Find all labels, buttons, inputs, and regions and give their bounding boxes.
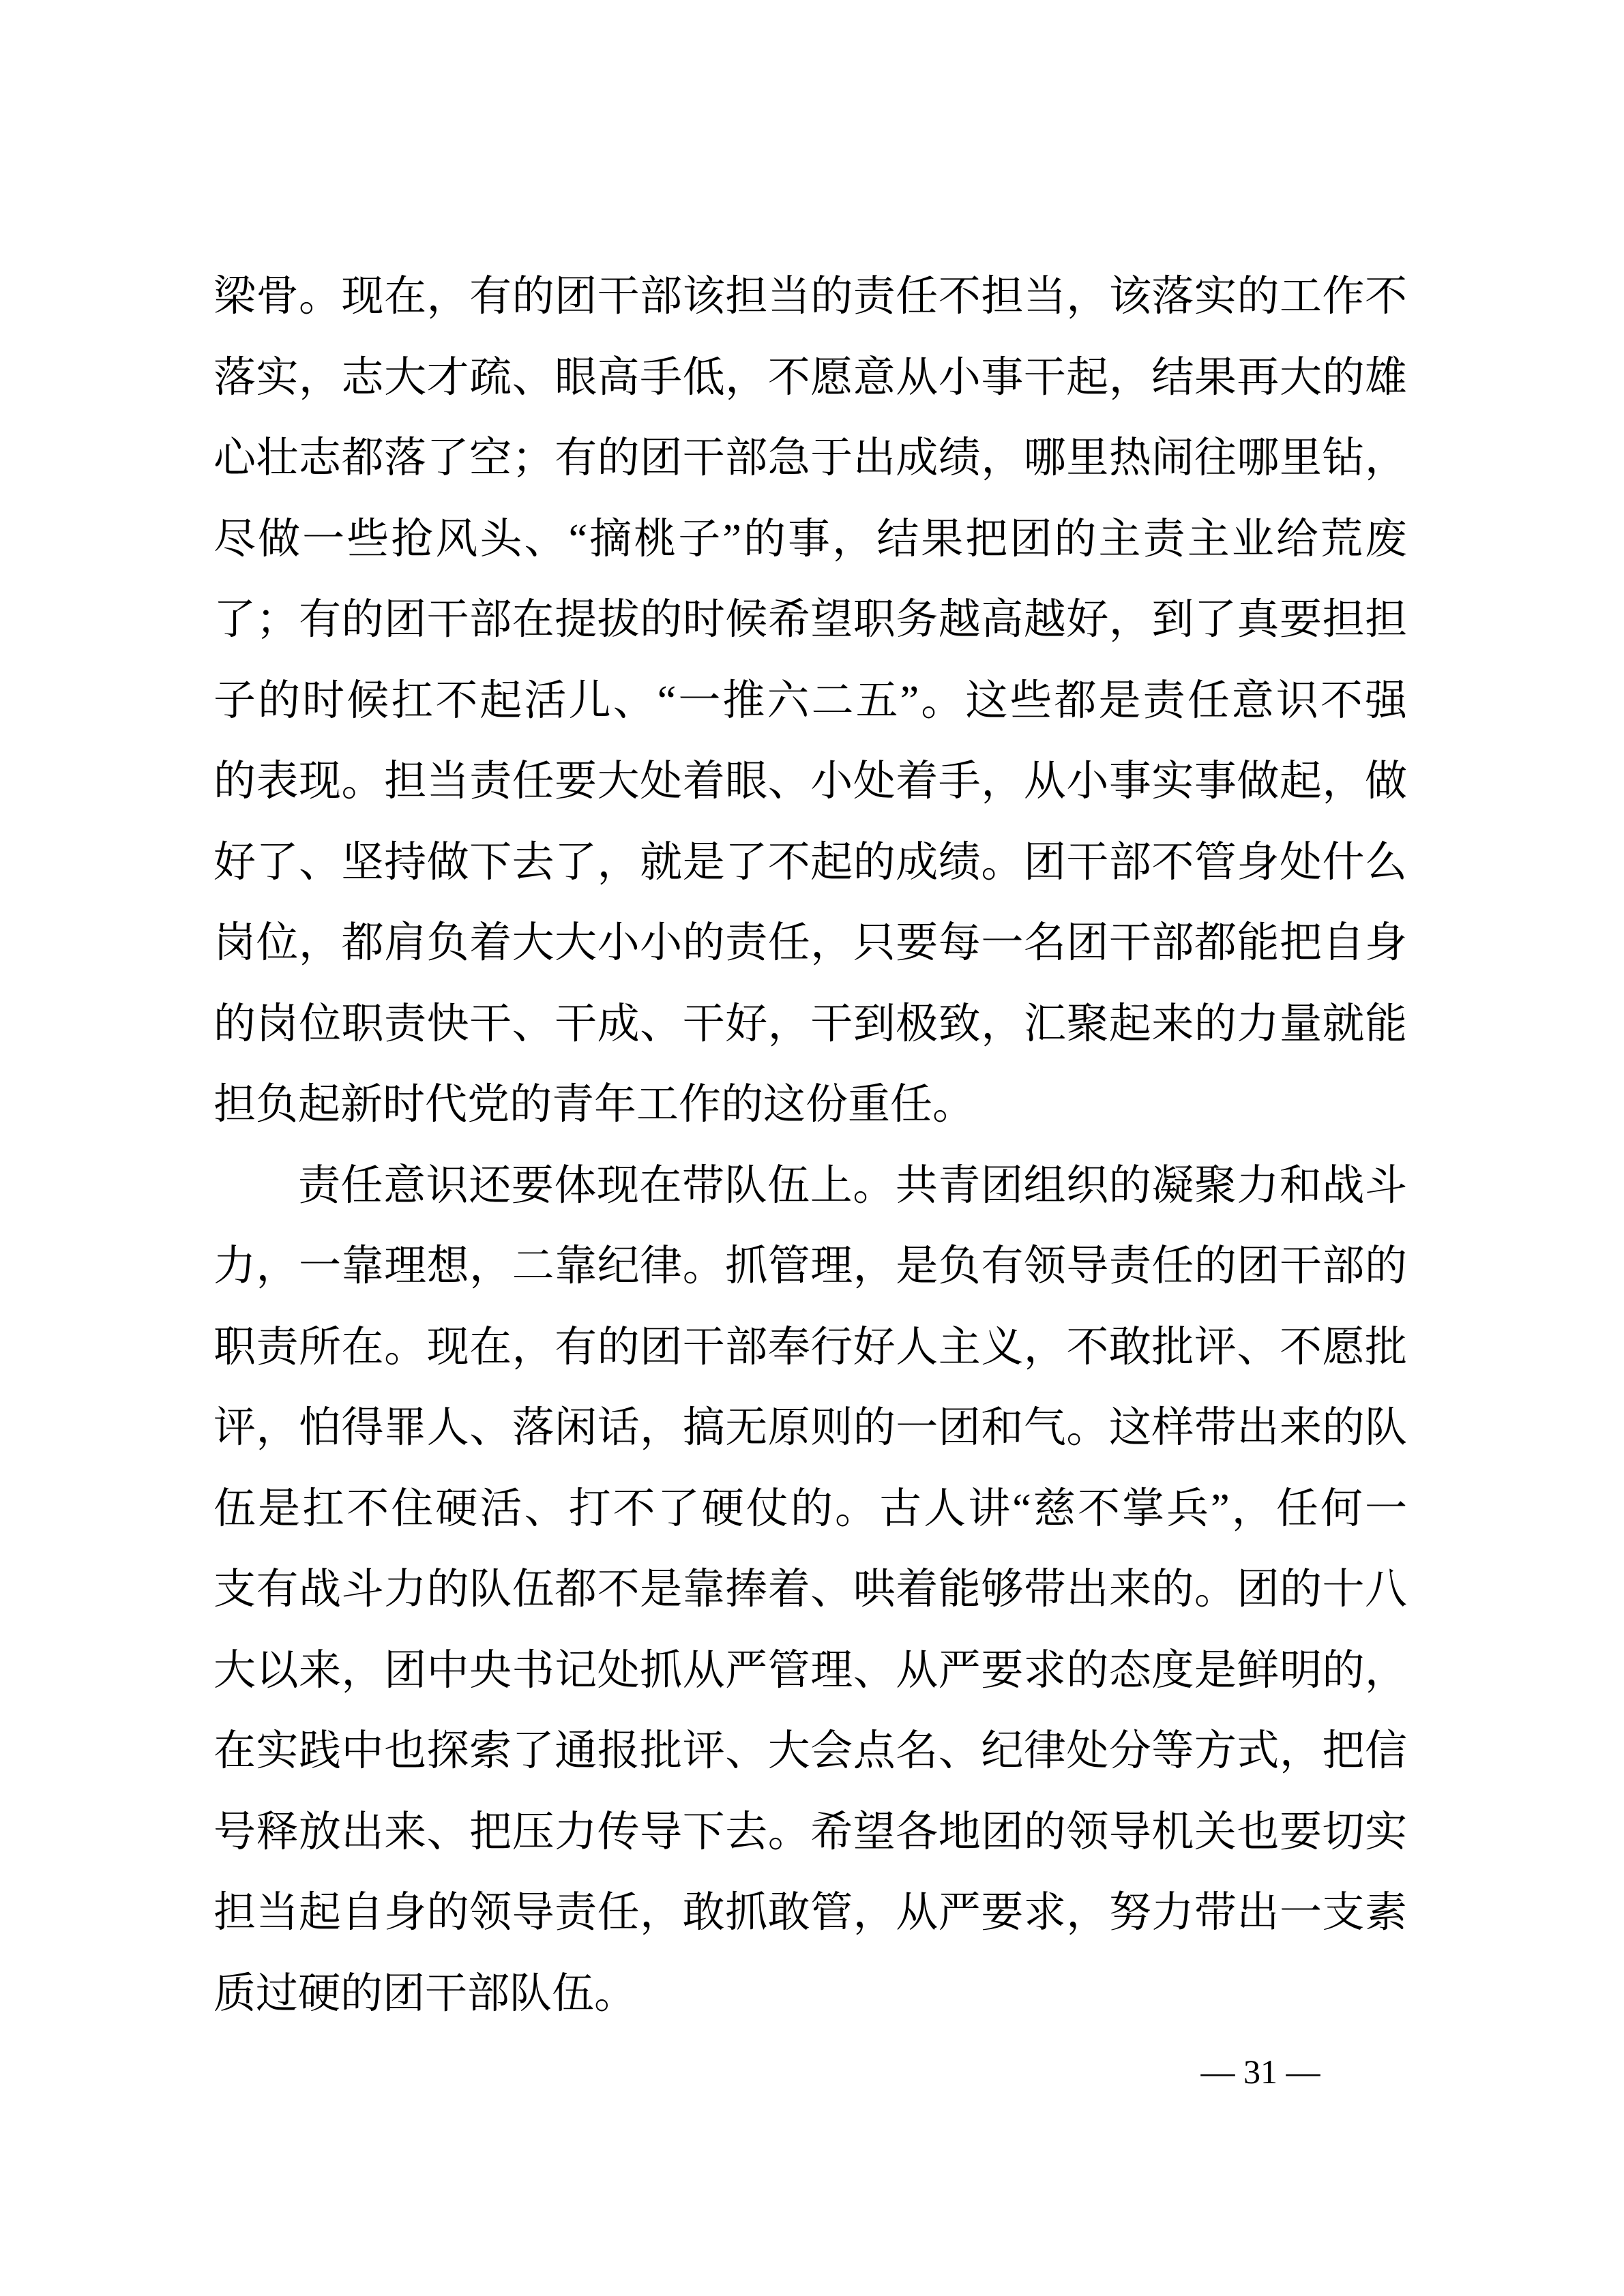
text-line: 的表现。担当责任要大处着眼、小处着手，从小事实事做起，做 <box>213 741 1407 822</box>
text-line: 号释放出来、把压力传导下去。希望各地团的领导机关也要切实 <box>213 1792 1407 1873</box>
text-line: 评，怕得罪人、落闲话，搞无原则的一团和气。这样带出来的队 <box>213 1388 1407 1469</box>
text-line: 的岗位职责快干、干成、干好，干到极致，汇聚起来的力量就能 <box>213 984 1407 1065</box>
text-line: 力，一靠理想，二靠纪律。抓管理，是负有领导责任的团干部的 <box>213 1226 1407 1307</box>
text-line: 担当起自身的领导责任，敢抓敢管，从严要求，努力带出一支素 <box>213 1873 1407 1954</box>
text-line: 岗位，都肩负着大大小小的责任，只要每一名团干部都能把自身 <box>213 903 1407 984</box>
text-line-paragraph-end: 担负起新时代党的青年工作的这份重任。 <box>213 1064 1407 1146</box>
text-line: 尽做一些抢风头、“摘桃子”的事，结果把团的主责主业给荒废 <box>213 499 1407 580</box>
text-line: 支有战斗力的队伍都不是靠捧着、哄着能够带出来的。团的十八 <box>213 1549 1407 1630</box>
text-line: 好了、坚持做下去了，就是了不起的成绩。团干部不管身处什么 <box>213 822 1407 904</box>
text-line: 心壮志都落了空；有的团干部急于出成绩，哪里热闹往哪里钻， <box>213 418 1407 499</box>
body-text: 梁骨。现在，有的团干部该担当的责任不担当，该落实的工作不 落实，志大才疏、眼高手… <box>213 256 1407 2034</box>
text-line-paragraph-start: 责任意识还要体现在带队伍上。共青团组织的凝聚力和战斗 <box>213 1146 1407 1227</box>
text-line-paragraph-end: 质过硬的团干部队伍。 <box>213 1954 1407 2035</box>
text-line: 伍是扛不住硬活、打不了硬仗的。古人讲“慈不掌兵”，任何一 <box>213 1469 1407 1550</box>
text-line: 职责所在。现在，有的团干部奉行好人主义，不敢批评、不愿批 <box>213 1307 1407 1388</box>
text-line: 在实践中也探索了通报批评、大会点名、纪律处分等方式，把信 <box>213 1711 1407 1792</box>
text-line: 大以来，团中央书记处抓从严管理、从严要求的态度是鲜明的， <box>213 1630 1407 1712</box>
text-line: 梁骨。现在，有的团干部该担当的责任不担当，该落实的工作不 <box>213 256 1407 338</box>
document-page: 梁骨。现在，有的团干部该担当的责任不担当，该落实的工作不 落实，志大才疏、眼高手… <box>0 0 1624 2296</box>
page-number: — 31 — <box>1185 2051 1335 2092</box>
text-line: 了；有的团干部在提拔的时候希望职务越高越好，到了真要担担 <box>213 580 1407 661</box>
text-line: 落实，志大才疏、眼高手低，不愿意从小事干起，结果再大的雄 <box>213 338 1407 419</box>
text-line: 子的时候扛不起活儿、“一推六二五”。这些都是责任意识不强 <box>213 661 1407 742</box>
